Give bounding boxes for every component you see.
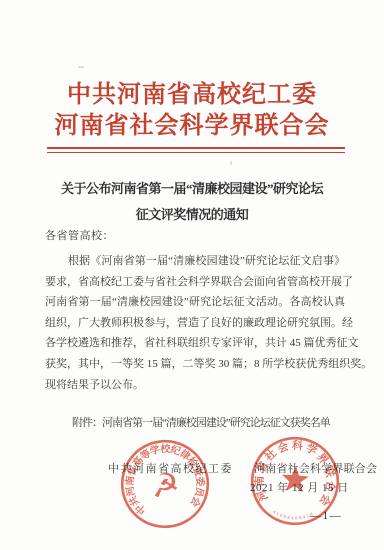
letterhead-divider-line [47, 147, 345, 153]
official-seal-left: 中共河南省高等学校纪律检查委员会 ☭ [112, 431, 218, 537]
svg-text:河: 河 [123, 485, 138, 497]
svg-text:0: 0 [279, 514, 284, 520]
signature-date: 2021 年 12 月 15 日 [250, 479, 349, 495]
svg-text:1: 1 [275, 512, 280, 518]
body-line: 根据《河南省第一届“清廉校园建设”研究论坛征文启事》 [45, 251, 345, 272]
document-title: 关于公布河南省第一届“清廉校园建设”研究论坛 征文评奖情况的通知 [22, 176, 362, 228]
svg-text:学: 学 [304, 440, 320, 458]
signature-org2: 河南省社会科学界联合会 [254, 460, 377, 476]
salutation: 各省管高校： [45, 227, 114, 243]
signature-org1: 中共河南省高校纪工委 [108, 460, 233, 476]
body-line: 组织，广大教师积极参与，营造了良好的廉政理论研究氛围。经 [45, 313, 345, 334]
seal-right-code: 41088408428 [271, 509, 315, 523]
letterhead-org-line1: 中共河南省高校纪工委 [0, 80, 384, 111]
letterhead: 中共河南省高校纪工委 河南省社会科学界联合会 [0, 80, 384, 142]
page-number: —1— [310, 510, 342, 522]
svg-text:校: 校 [159, 442, 171, 455]
svg-text:员: 员 [192, 486, 207, 500]
svg-text:4: 4 [302, 515, 306, 521]
seal-left-ring-text: 中共河南省高等学校纪律检查委员会 [117, 436, 211, 519]
svg-text:共: 共 [126, 494, 142, 509]
svg-text:8: 8 [287, 516, 291, 521]
body-line: 现将结果予以公布。 [45, 375, 345, 396]
signature-block: 中共河南省高校纪工委 河南省社会科学界联合会 [108, 460, 377, 476]
svg-text:8: 8 [299, 516, 303, 521]
svg-text:8: 8 [283, 515, 287, 521]
svg-text:中: 中 [132, 501, 148, 517]
scan-speck [78, 66, 84, 68]
svg-text:科: 科 [291, 438, 304, 453]
body-line: 要求，省高校纪工委与省社会科学界联合会面向省管高校开展了 [45, 272, 345, 293]
svg-text:纪: 纪 [169, 443, 182, 458]
body-line: 河南省第一届“清廉校园建设”研究论坛征文活动。各高校认真 [45, 292, 345, 313]
body-paragraph: 根据《河南省第一届“清廉校园建设”研究论坛征文启事》 要求，省高校纪工委与省社会… [45, 251, 345, 395]
document-title-line1: 关于公布河南省第一届“清廉校园建设”研究论坛 [22, 176, 362, 202]
document-title-line2: 征文评奖情况的通知 [22, 202, 362, 228]
svg-text:南: 南 [123, 475, 137, 486]
body-line: 各学校遴选和推荐，省社科联组织专家评审，共计 45 篇优秀征文 [45, 333, 345, 354]
scan-speck [230, 161, 232, 165]
svg-text:会: 会 [276, 439, 291, 456]
seal-left-graphic: 中共河南省高等学校纪律检查委员会 ☭ [112, 431, 218, 537]
svg-text:0: 0 [295, 516, 298, 521]
letterhead-org-line2: 河南省社会科学界联合会 [0, 111, 384, 142]
body-line: 获奖，其中，一等奖 15 篇，二等奖 30 篇；8 所学校获优秀组织奖。 [45, 354, 345, 375]
svg-text:4: 4 [291, 516, 294, 521]
svg-text:会: 会 [188, 494, 204, 509]
svg-text:学: 学 [148, 442, 161, 457]
document-page: 中共河南省高校纪工委 河南省社会科学界联合会 关于公布河南省第一届“清廉校园建设… [0, 0, 384, 550]
svg-text:4: 4 [271, 510, 276, 516]
svg-text:委: 委 [194, 476, 208, 487]
attachment-note: 附件：河南省第一届“清廉校园建设”研究论坛征文获奖名单 [72, 414, 362, 430]
seal-ring [117, 436, 214, 533]
